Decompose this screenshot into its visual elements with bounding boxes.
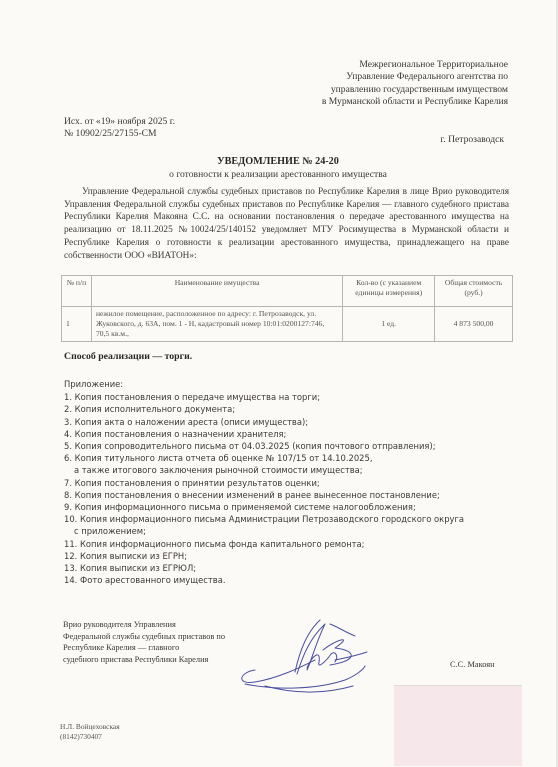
city: г. Петрозаводск [440,134,504,145]
appendix-item: 14. Фото арестованного имущества. [64,574,534,586]
scanned-letter-page: Межрегиональное Территориальное Управлен… [0,0,558,767]
outgoing-number: № 10902/25/27155-СМ [64,128,175,140]
outgoing-reference: Исх. от «19» ноября 2025 г. № 10902/25/2… [64,116,175,141]
appendix-heading: Приложение: [64,378,534,390]
addressee-line: управлению государственным имуществом [248,84,508,96]
property-table: № п/п Наименование имущества Кол-во (с у… [61,275,513,342]
appendix-item: 11. Копия информационного письма фонда к… [64,538,534,550]
addressee-block: Межрегиональное Территориальное Управлен… [248,59,508,108]
cell-name: нежилое помещение, расположенное по адре… [91,307,342,342]
document-subtitle: о готовности к реализации арестованного … [0,169,556,180]
header-cost: Общая стоимость (руб.) [435,276,513,307]
cell-number: 1 [62,307,92,342]
outgoing-date: Исх. от «19» ноября 2025 г. [64,116,175,128]
appendix-item: 7. Копия постановления о принятии резуль… [64,477,534,489]
appendix-item-continuation: а также итогового заключения рыночной ст… [64,464,534,476]
addressee-line: Управление Федерального агентства по [248,71,508,83]
addressee-line: Межрегиональное Территориальное [248,59,508,71]
notice-body: Управление Федеральной службы судебных п… [64,186,509,262]
header-name: Наименование имущества [91,276,342,307]
header-number: № п/п [62,276,92,307]
appendix-item: 8. Копия постановления о внесении измене… [64,489,534,501]
signer-position: Врио руководителя Управления Федеральной… [63,619,225,665]
appendix-item: 2. Копия исполнительного документа; [64,403,534,415]
pink-stamp-area [394,685,522,766]
signer-position-line: судебного пристава Республики Карелия [63,654,225,666]
executor-name: Н.Л. Войцеховская [60,722,120,732]
appendix-item: 9. Копия информационного письма о примен… [64,501,534,513]
appendix-item: 13. Копия выписки из ЕГРЮЛ; [64,562,534,574]
header-quantity: Кол-во (с указанием единицы измерения) [343,276,435,307]
executor-phone: (8142)730407 [60,732,120,742]
appendix-item: 3. Копия акта о наложении ареста (описи … [64,416,534,428]
executor-block: Н.Л. Войцеховская (8142)730407 [60,722,120,742]
appendix-item: 12. Копия выписки из ЕГРН; [64,550,534,562]
sale-method: Способ реализации — торги. [64,351,192,362]
appendix-item: 6. Копия титульного листа отчета об оцен… [64,452,534,464]
addressee-line: в Мурманской области и Республике Карели… [248,96,508,108]
appendix-item: 4. Копия постановления о назначении хран… [64,428,534,440]
signer-position-line: Федеральной службы судебных приставов по [63,631,225,643]
appendix-item: 10. Копия информационного письма Админис… [64,513,534,525]
appendix-item: 1. Копия постановления о передаче имущес… [64,391,534,403]
document-title: УВЕДОМЛЕНИЕ № 24-20 [0,156,556,167]
appendix-item: 5. Копия сопроводительного письма от 04.… [64,440,534,452]
appendix-list: Приложение: 1. Копия постановления о пер… [64,378,534,586]
table-row: 1 нежилое помещение, расположенное по ад… [62,307,513,342]
appendix-item-continuation: с приложением; [64,525,534,537]
cell-quantity: 1 ед. [343,307,435,342]
signer-position-line: Республике Карелия — главного [63,642,225,654]
signer-position-line: Врио руководителя Управления [63,619,225,631]
table-header-row: № п/п Наименование имущества Кол-во (с у… [62,276,513,307]
handwritten-signature [235,610,370,695]
signer-name: С.С. Макоян [450,660,495,669]
cell-cost: 4 873 500,00 [435,307,513,342]
